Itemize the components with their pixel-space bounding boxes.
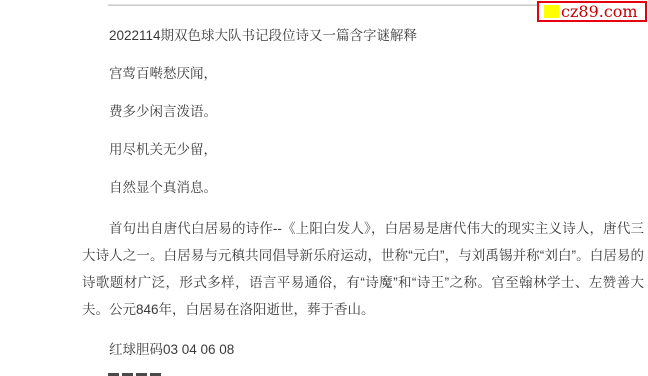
article-title: 2022114期双色球大队书记段位诗又一篇含字谜解释 bbox=[82, 25, 644, 47]
top-divider-line bbox=[108, 4, 542, 6]
poem-line-4: 自然显个真消息。 bbox=[82, 177, 644, 199]
poem-line-3: 用尽机关无少留， bbox=[82, 139, 644, 161]
red-ball-numbers-line: 红球胆码03 04 06 08 bbox=[82, 339, 644, 361]
poem-line-1: 宫莺百啭愁厌闻， bbox=[82, 63, 644, 85]
logo-text: cz89.com bbox=[561, 3, 638, 20]
analysis-paragraph: 首句出自唐代白居易的诗作--《上阳白发人》，白居易是唐代伟大的现实主义诗人，唐代… bbox=[82, 215, 644, 323]
site-logo[interactable]: cz89.com bbox=[537, 1, 647, 22]
logo-yellow-square-icon bbox=[544, 5, 559, 18]
poem-line-2: 费多少闲言泼语。 bbox=[82, 101, 644, 123]
article-body: 2022114期双色球大队书记段位诗又一篇含字谜解释 宫莺百啭愁厌闻， 费多少闲… bbox=[82, 25, 644, 376]
